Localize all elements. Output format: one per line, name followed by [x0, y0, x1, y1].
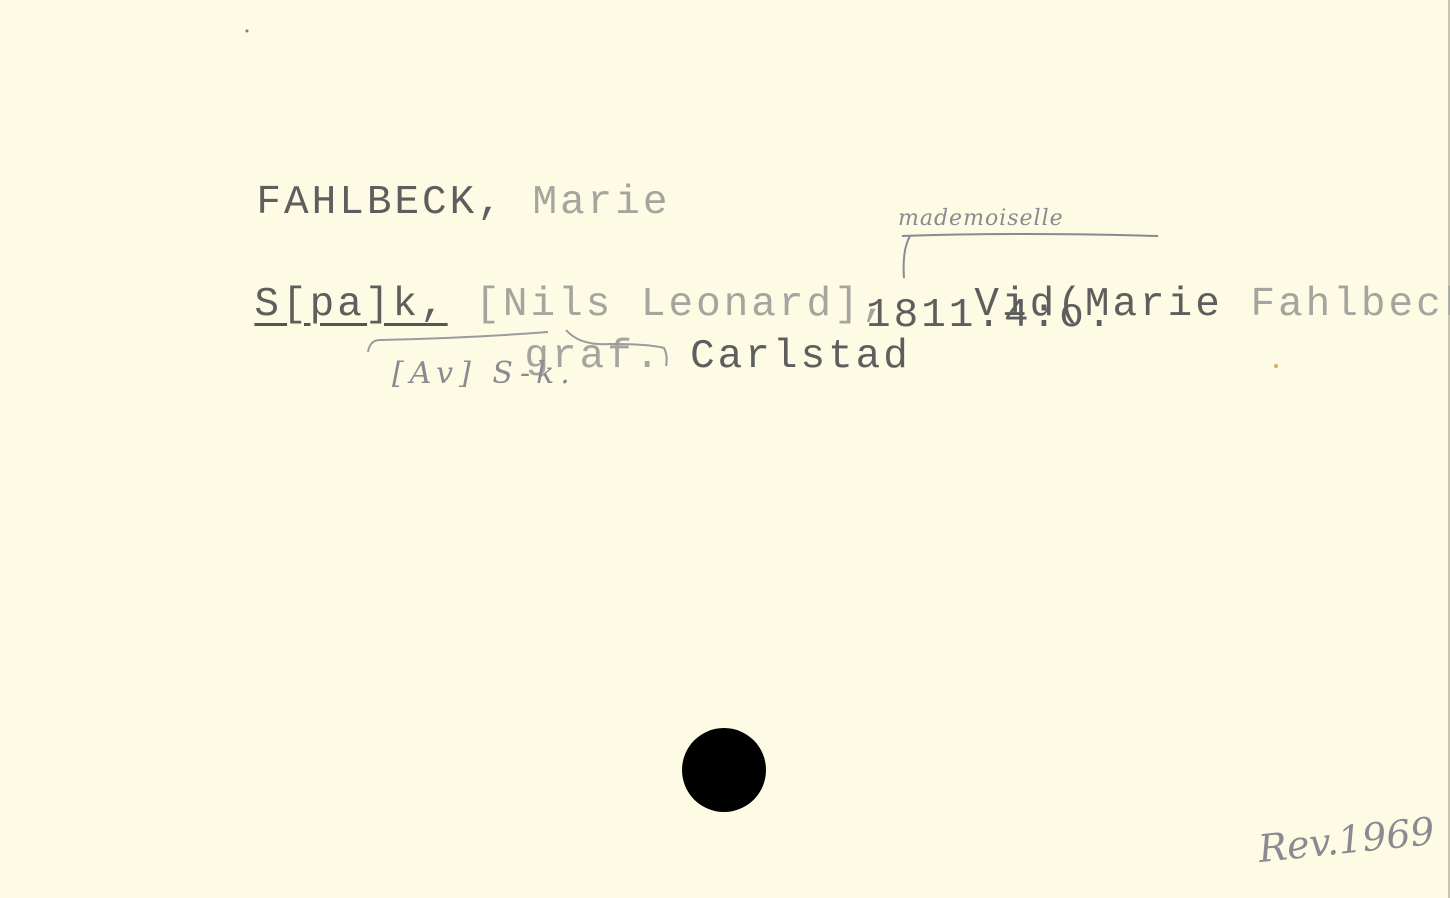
place-text: Carlstad: [690, 334, 911, 380]
catalog-card: FAHLBECK, Marie S[pa]k, [Nils Leonard], …: [0, 0, 1450, 898]
title-rest: Fahlbecks: [1250, 282, 1450, 328]
attribution-annotation: [Av] S-k.: [392, 356, 576, 391]
heading-given-name: Marie: [532, 180, 670, 226]
heading-surname: FAHLBECK,: [256, 180, 504, 226]
year-format-text: 1811.4:o.: [866, 296, 1114, 337]
revision-annotation: Rev.1969: [1256, 809, 1436, 871]
interlinear-annotation: mademoiselle: [898, 206, 1064, 231]
punch-hole: [682, 728, 766, 812]
